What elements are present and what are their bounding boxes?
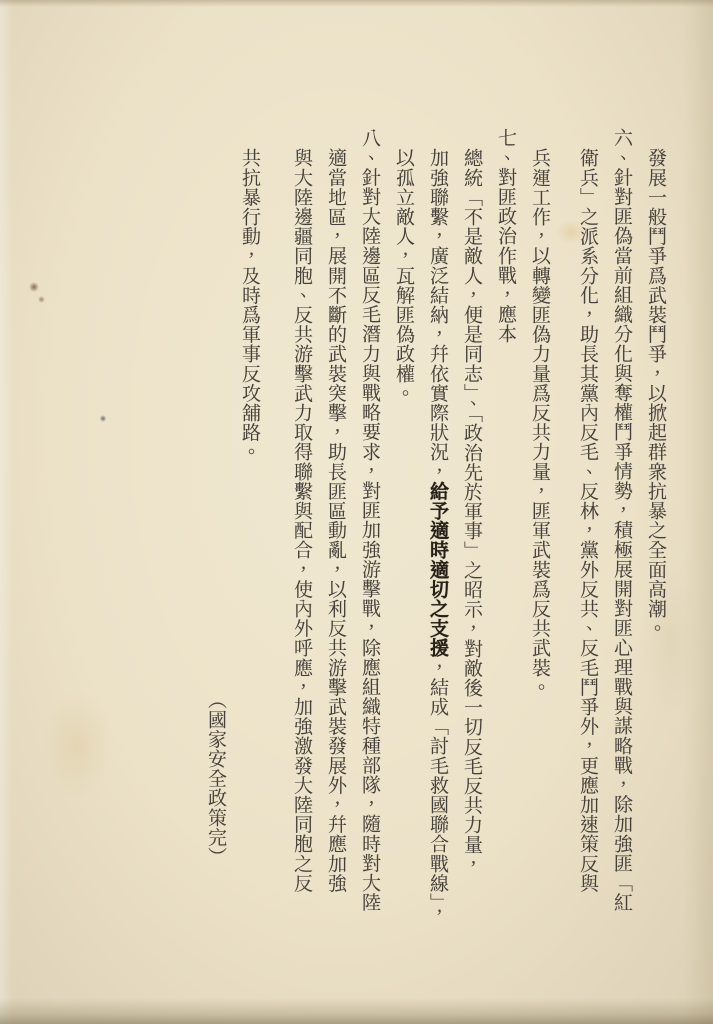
scan-stain: [42, 690, 112, 800]
text-column: 加強聯繫，廣泛結納，幷依實際狀況，給予適時適切之支援，結成「討毛救國聯合戰線」，: [420, 128, 454, 984]
text-column: 以孤立敵人，瓦解匪偽政權。: [386, 128, 420, 984]
scan-stain: [38, 296, 45, 303]
text-column: 適當地區，展開不斷的武裝突擊，助長匪區動亂，以利反共游擊武裝發展外，幷應加強: [318, 128, 352, 984]
scan-stain: [29, 282, 39, 292]
scan-stain: [100, 415, 106, 422]
column-text: ，結成「討毛救國聯合戰線」，: [427, 658, 448, 923]
text-column: 七、對匪政治作戰，應本: [488, 128, 522, 984]
text-column: 發展一般鬥爭爲武裝鬥爭，以掀起群衆抗暴之全面高潮。: [638, 128, 672, 984]
document-text: 發展一般鬥爭爲武裝鬥爭，以掀起群衆抗暴之全面高潮。 六、針對匪偽當前組織分化與奪…: [198, 128, 672, 984]
closing-note: （國家安全政策完）: [198, 128, 232, 984]
scanned-page: 發展一般鬥爭爲武裝鬥爭，以掀起群衆抗暴之全面高潮。 六、針對匪偽當前組織分化與奪…: [0, 0, 713, 1024]
text-column: 八、針對大陸邊區反毛潛力與戰略要求，對匪加強游擊戰，除應組織特種部隊，隨時對大陸: [352, 128, 386, 984]
text-column: 衛兵」之派系分化，助長其黨內反毛、反林，黨外反共、反毛鬥爭外，更應加速策反與: [570, 128, 604, 984]
column-text: 加強聯繫，廣泛結納，幷依實際狀況，: [427, 148, 448, 481]
text-column: 共抗暴行動，及時爲軍事反攻舖路。: [232, 128, 266, 984]
text-column: 與大陸邊疆同胞、反共游擊武力取得聯繫與配合，使內外呼應，加強激發大陸同胞之反: [284, 128, 318, 984]
emphasized-phrase: 給予適時適切之支援: [427, 481, 448, 657]
text-column: 總統「不是敵人，便是同志」、「政治先於軍事」之昭示，對敵後一切反毛反共力量，: [454, 128, 488, 984]
text-column: 兵運工作，以轉變匪偽力量爲反共力量，匪軍武裝爲反共武裝。: [522, 128, 556, 984]
text-column: 六、針對匪偽當前組織分化與奪權鬥爭情勢，積極展開對匪心理戰與謀略戰，除加強匪「紅: [604, 128, 638, 984]
